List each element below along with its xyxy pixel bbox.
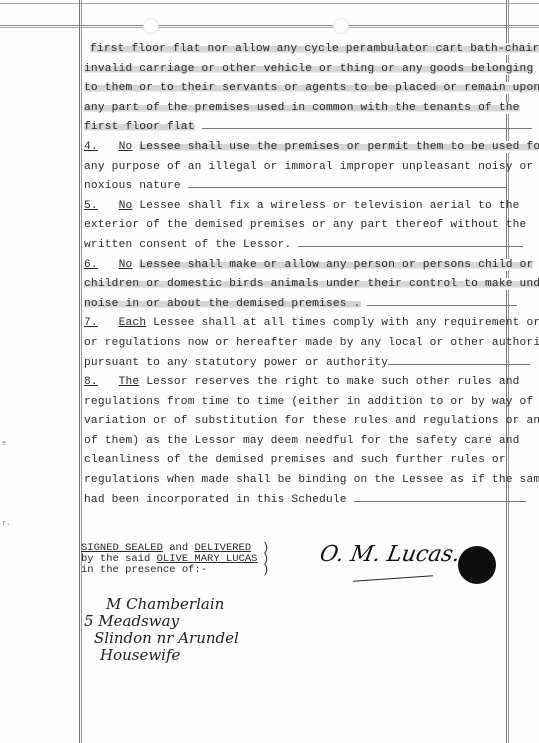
witness-address-1: 5 Meadsway xyxy=(84,613,239,630)
witness-occupation: Housewife xyxy=(84,647,239,664)
clause-5: 5. No Lessee shall fix a wireless or tel… xyxy=(84,197,506,217)
margin-rule xyxy=(81,0,82,743)
clause-line: any purpose of an illegal or immoral imp… xyxy=(84,158,506,178)
punch-hole-icon xyxy=(143,18,159,34)
witness-name: M Chamberlain xyxy=(84,596,239,613)
clause-line: variation or of substitution for these r… xyxy=(84,412,506,432)
margin-mark: e xyxy=(2,440,6,448)
punch-hole-icon xyxy=(333,18,349,34)
witness-address-2: Slindon nr Arundel xyxy=(84,630,239,647)
clause-number: 4. xyxy=(84,141,98,153)
execution-clause: SIGNED SEALED and DELIVERED by the said … xyxy=(81,543,257,576)
clause-line: to them or to their servants or agents t… xyxy=(84,79,506,99)
clause-6: 6. No Lessee shall make or allow any per… xyxy=(84,256,506,276)
margin-mark: r. xyxy=(2,520,10,528)
clause-line: had been incorporated in this Schedule xyxy=(84,491,506,511)
signature-underline xyxy=(353,575,433,582)
signature: O. M. Lucas. xyxy=(318,542,462,567)
schedule-text: first floor flat nor allow any cycle per… xyxy=(84,40,506,510)
clause-line: first floor flat nor allow any cycle per… xyxy=(84,40,506,60)
clause-7: 7. Each Lessee shall at all times comply… xyxy=(84,314,506,334)
clause-line: cleanliness of the demised premises and … xyxy=(84,451,506,471)
clause-line: exterior of the demised premises or any … xyxy=(84,216,506,236)
clause-line: pursuant to any statutory power or autho… xyxy=(84,354,506,374)
clause-line: written consent of the Lessor. xyxy=(84,236,506,256)
wax-seal-icon xyxy=(458,546,496,584)
clause-line: invalid carriage or other vehicle or thi… xyxy=(84,60,506,80)
margin-rule xyxy=(79,0,80,743)
clause-line: noxious nature xyxy=(84,177,506,197)
clause-4: 4. No Lessee shall use the premises or p… xyxy=(84,138,506,158)
clause-line: noise in or about the demised premises . xyxy=(84,295,506,315)
clause-line: regulations when made shall be binding o… xyxy=(84,471,506,491)
clause-line: or regulations now or hereafter made by … xyxy=(84,334,506,354)
clause-line: of them) as the Lessor may deem needful … xyxy=(84,432,506,452)
brace: ))) xyxy=(262,543,269,576)
clause-line: any part of the premises used in common … xyxy=(84,99,506,119)
clause-line: first floor flat xyxy=(84,118,506,138)
clause-8: 8. The Lessor reserves the right to make… xyxy=(84,373,506,393)
witness-details: M Chamberlain 5 Meadsway Slindon nr Arun… xyxy=(84,596,239,664)
document-page: e r. first floor flat nor allow any cycl… xyxy=(0,0,539,743)
clause-line: children or domestic birds animals under… xyxy=(84,275,506,295)
clause-line: regulations from time to time (either in… xyxy=(84,393,506,413)
